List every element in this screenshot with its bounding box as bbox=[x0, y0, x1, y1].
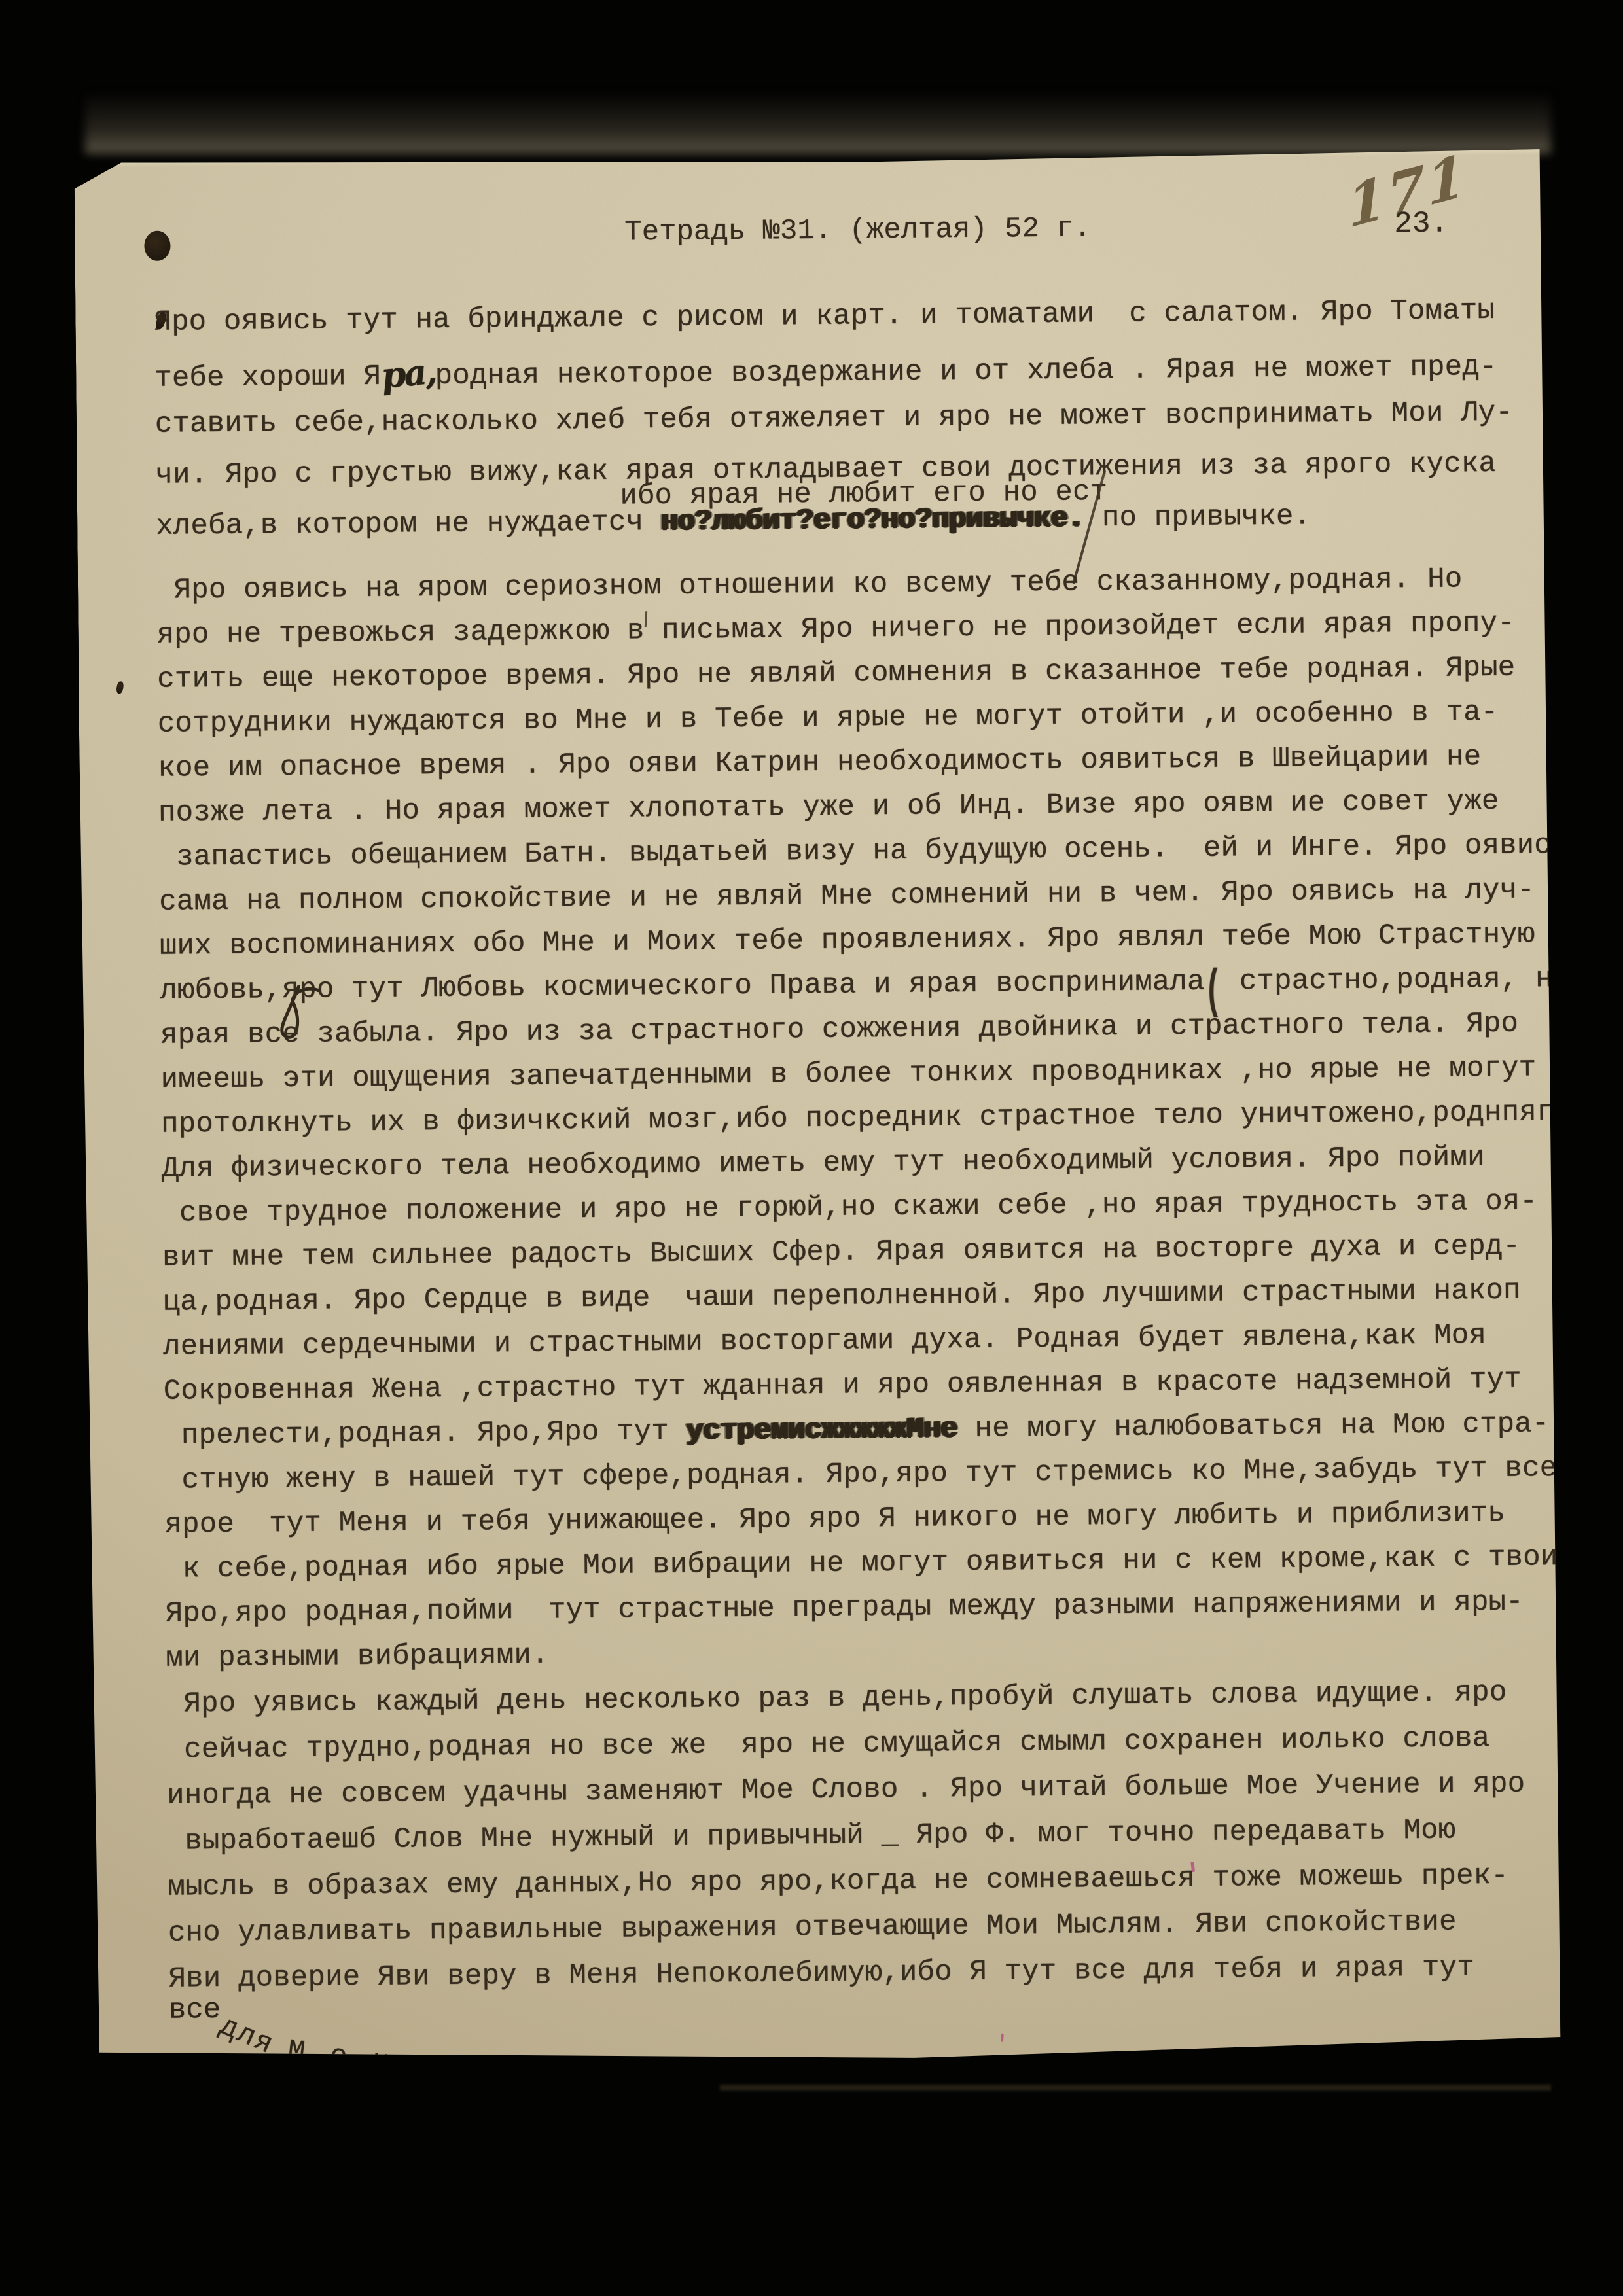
typed-line: яро не тревожься задержкою в письмах Яро… bbox=[156, 606, 1515, 653]
typed-line: вит мне тем сильнее радость Высших Сфер.… bbox=[162, 1229, 1521, 1276]
typed-line: Яви доверие Яви веру в Меня Непоколебиму… bbox=[168, 1950, 1474, 1996]
punch-hole-spot bbox=[144, 231, 170, 261]
typed-line: лениями сердечными и страстными восторга… bbox=[163, 1318, 1486, 1365]
typed-line: кое им опасное время . Яро ояви Катрин н… bbox=[158, 739, 1481, 786]
typed-line: свое трудное положение и яро не горюй,но… bbox=[162, 1184, 1537, 1231]
typed-line: стить еще некоторое время. Яро не являй … bbox=[157, 650, 1516, 698]
notebook-header: Тетрадь №31. (желтая) 52 г. bbox=[624, 212, 1091, 249]
typed-line: имеешь эти ощущения запечатденными в бол… bbox=[160, 1050, 1536, 1097]
typed-line: Яро уявись каждый день несколько раз в д… bbox=[166, 1675, 1507, 1722]
typed-line: ставить себе,насколько хлеб тебя отяжеля… bbox=[155, 395, 1514, 442]
typed-line: мысль в образах ему данных,Но яро яро,ко… bbox=[168, 1858, 1508, 1905]
typed-line: ших воспоминаниях обо Мне и Моих тебе пр… bbox=[160, 917, 1535, 964]
ink-spot bbox=[116, 681, 124, 694]
typed-line: Яро оявись тут на бринджале с рисом и ка… bbox=[154, 293, 1495, 340]
scan-bottom-edge bbox=[720, 2085, 1551, 2091]
typed-line: Сокровенная Жена ,страстно тут жданная и… bbox=[164, 1362, 1522, 1409]
typed-line: хлеба,в котором не нуждаетсч но?любит?ег… bbox=[156, 499, 1311, 544]
typed-line: позже лета . Но ярая может хлопотать уже… bbox=[158, 784, 1499, 831]
typed-insert-above: ибо ярая не любит его но ест bbox=[620, 474, 1107, 514]
closing-line: М е н я . bbox=[286, 2035, 501, 2069]
typed-line: прелести,родная. Яро,Яро тут устремисжжж… bbox=[164, 1406, 1550, 1453]
typed-line: ярая все забыла. Яро из за страстного со… bbox=[160, 1006, 1519, 1053]
typed-line: тебе хороши Яра,родная некоторое воздерж… bbox=[154, 344, 1497, 397]
typed-line: сейчас трудно,родная но все же яро не см… bbox=[166, 1721, 1489, 1768]
typed-line: сно улавливать правильные выражения отве… bbox=[168, 1905, 1457, 1951]
typed-line: Для физического тела необходимо иметь ем… bbox=[162, 1140, 1485, 1187]
typed-line: запастись обещанием Батн. выдатьей визу … bbox=[158, 828, 1560, 875]
typed-line: любовь,яро тут Любовь космического Права… bbox=[160, 961, 1561, 1009]
document-page: 171 Тетрадь №31. (желтая) 52 г. 23. Яро … bbox=[74, 145, 1560, 2068]
typed-line: выработаешб Слов Мне нужный и привычный … bbox=[168, 1813, 1456, 1860]
magenta-mark bbox=[1001, 2033, 1004, 2041]
typed-line: ца,родная. Яро Сердце в виде чаши перепо… bbox=[162, 1273, 1521, 1320]
scan-background: 171 Тетрадь №31. (желтая) 52 г. 23. Яро … bbox=[0, 0, 1623, 2296]
typed-page-number: 23. bbox=[1394, 207, 1448, 241]
handwritten-correction: ра, bbox=[380, 353, 437, 394]
typed-line: протолкнуть их в физичкский мозг,ибо пос… bbox=[161, 1095, 1554, 1142]
typed-line: Яро,яро родная,пойми тут страстные прегр… bbox=[165, 1585, 1524, 1632]
typed-line: ми разными вибрациями. bbox=[166, 1638, 549, 1676]
typed-line: Яро оявись на яром сериозном отношении к… bbox=[156, 561, 1463, 608]
typed-line: сама на полном спокойствие и не являй Мн… bbox=[159, 872, 1535, 919]
closing-line: все bbox=[169, 1994, 221, 2027]
typed-line: сотрудники нуждаются во Мне и в Тебе и я… bbox=[158, 695, 1499, 742]
closing-line: для bbox=[215, 2010, 279, 2062]
typed-line: ярое тут Меня и тебя унижающее. Яро яро … bbox=[164, 1496, 1505, 1543]
typed-line: стную жену в нашей тут сфере,родная. Яро… bbox=[164, 1451, 1558, 1498]
typed-line: к себе,родная ибо ярые Мои вибрации не м… bbox=[165, 1540, 1561, 1587]
typed-line: иногда не совсем удачны заменяют Мое Сло… bbox=[167, 1767, 1525, 1814]
scan-edge-shadow bbox=[85, 92, 1551, 154]
overtyped-strikeout: устремисжжжжжМне bbox=[686, 1413, 957, 1448]
